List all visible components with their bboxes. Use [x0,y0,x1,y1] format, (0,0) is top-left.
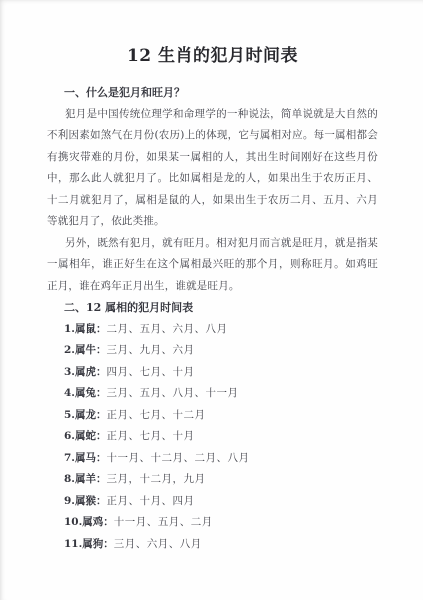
list-item-rooster: 10.属鸡：十一月、五月、二月 [47,512,378,534]
list-item-months: 三月、五月、八月、十一月 [106,387,238,399]
list-item-months: 二月、五月、六月、八月 [106,323,227,335]
list-item-rabbit: 4.属兔：三月、五月、八月、十一月 [47,383,378,405]
list-item-months: 正月、七月、十月 [106,430,194,442]
section-1-heading: 一、什么是犯月和旺月？ [47,82,378,104]
document-title: 12 生肖的犯月时间表 [47,45,378,67]
document-page: 12 生肖的犯月时间表 一、什么是犯月和旺月？ 犯月是中国传统位理学和命理学的一… [0,0,423,600]
list-item-months: 十一月、十二月、二月、八月 [106,452,249,464]
list-item-monkey: 9.属猴：正月、十月、四月 [47,491,378,513]
list-item-label: 2.属牛： [64,344,106,356]
list-item-months: 正月、七月、十二月 [106,409,205,421]
paragraph-what-is-fanyue: 犯月是中国传统位理学和命理学的一种说法，简单说就是大自然的不利因素如煞气在月份(… [47,104,378,233]
list-item-dragon: 5.属龙：正月、七月、十二月 [47,405,378,427]
list-item-months: 正月、十月、四月 [106,495,194,507]
list-item-months: 三月，十二月，九月 [106,473,205,485]
list-item-label: 5.属龙： [64,409,106,421]
list-item-label: 8.属羊： [64,473,106,485]
list-item-tiger: 3.属虎：四月、七月、十月 [47,362,378,384]
zodiac-month-list: 1.属鼠：二月、五月、六月、八月 2.属牛：三月、九月、六月 3.属虎：四月、七… [47,319,378,556]
list-item-label: 7.属马： [64,452,106,464]
list-item-ox: 2.属牛：三月、九月、六月 [47,340,378,362]
list-item-months: 十一月、五月、二月 [114,516,213,528]
list-item-label: 1.属鼠： [64,323,106,335]
list-item-label: 4.属兔： [64,387,106,399]
list-item-snake: 6.属蛇：正月、七月、十月 [47,426,378,448]
list-item-label: 10.属鸡： [64,516,114,528]
list-item-horse: 7.属马：十一月、十二月、二月、八月 [47,448,378,470]
list-item-dog: 11.属狗：三月、六月、八月 [47,534,378,556]
list-item-rat: 1.属鼠：二月、五月、六月、八月 [47,319,378,341]
list-item-label: 6.属蛇： [64,430,106,442]
list-item-label: 9.属猴： [64,495,106,507]
list-item-months: 三月、九月、六月 [106,344,194,356]
list-item-label: 3.属虎： [64,366,106,378]
list-item-months: 四月、七月、十月 [106,366,194,378]
list-item-label: 11.属狗： [64,538,114,550]
list-item-months: 三月、六月、八月 [114,538,202,550]
section-2-heading: 二、12 属相的犯月时间表 [47,297,378,319]
list-item-goat: 8.属羊：三月，十二月，九月 [47,469,378,491]
paragraph-wangyue: 另外，既然有犯月，就有旺月。相对犯月而言就是旺月，就是指某一属相年，谁正好生在这… [47,233,378,298]
